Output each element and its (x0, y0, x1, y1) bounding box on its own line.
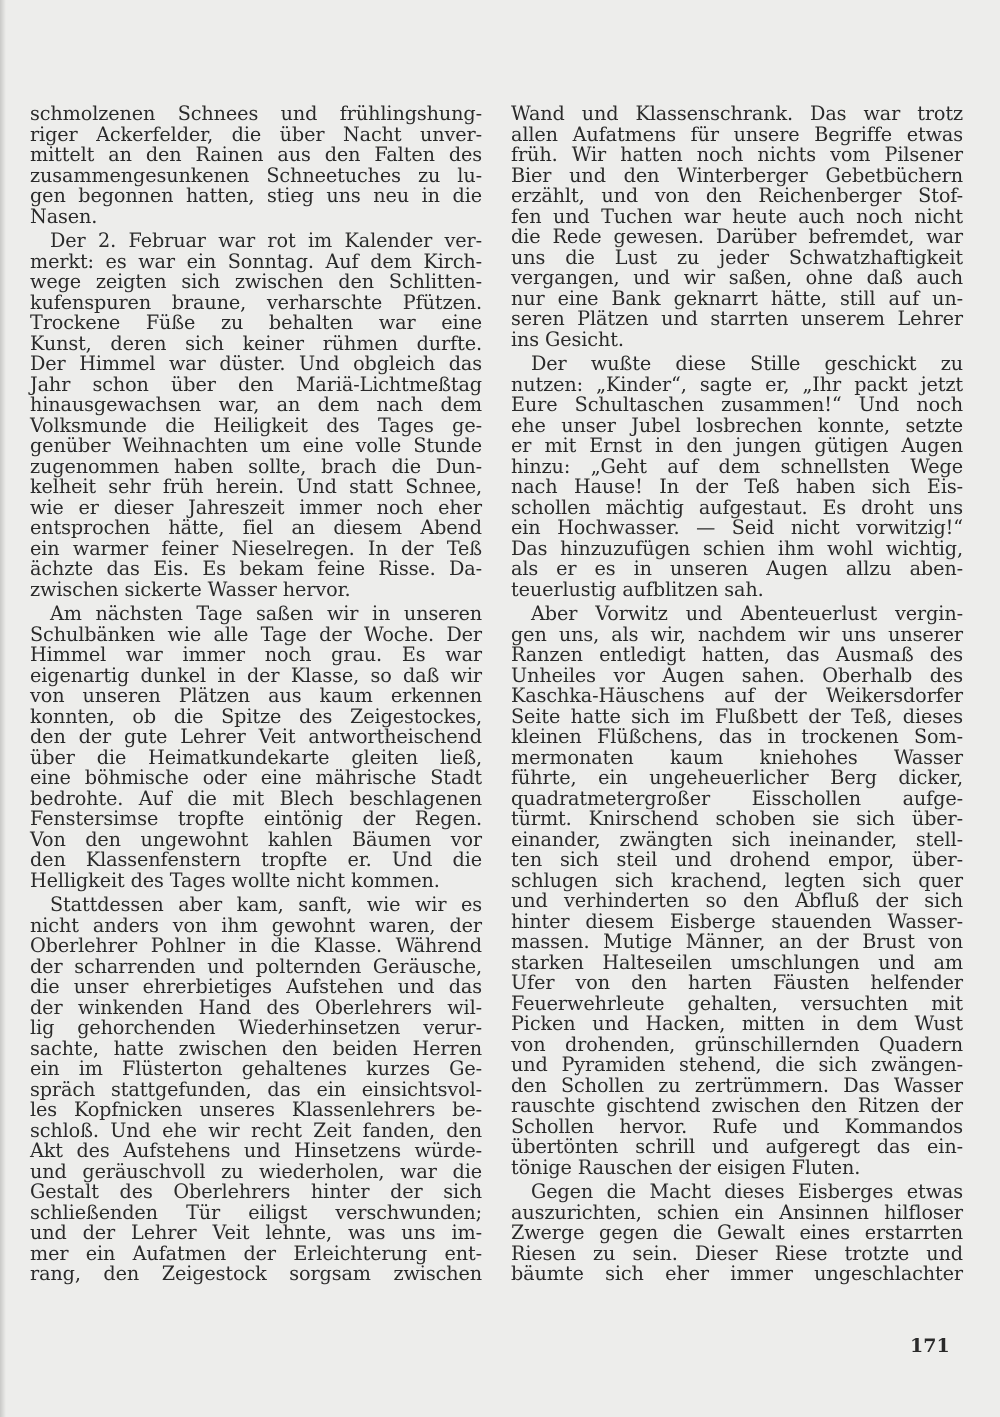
right-text-column: Wand und Klassenschrank. Das war trotzal… (511, 104, 963, 1285)
text-line: riger Ackerfelder, die über Nacht unver- (30, 125, 482, 146)
text-line: mittelt an den Rainen aus den Falten des (30, 145, 482, 166)
text-line: schlugen sich krachend, legten sich quer (511, 871, 963, 892)
text-line: ehe unser Jubel losbrechen konnte, setzt… (511, 416, 963, 437)
text-line: quadratmetergroßer Eisschollen aufge- (511, 789, 963, 810)
text-line: ein warmer feiner Nieselregen. In der Te… (30, 539, 482, 560)
text-line: zwischen sickerte Wasser hervor. (30, 580, 482, 601)
text-line: und verhinderten so den Abfluß der sich (511, 891, 963, 912)
text-line: bäumte sich eher immer ungeschlachter (511, 1264, 963, 1285)
page-binding-edge (0, 0, 6, 1417)
text-line: fen und Tuchen war heute auch noch nicht (511, 207, 963, 228)
paragraph: Der 2. Februar war rot im Kalender ver-m… (30, 231, 482, 600)
text-line: von drohenden, grünschillernden Quadern (511, 1035, 963, 1056)
text-line: mer ein Aufatmen der Erleichterung ent- (30, 1244, 482, 1265)
text-line: der winkenden Hand des Oberlehrers wil- (30, 998, 482, 1019)
text-line: auszurichten, schien ein Ansinnen hilflo… (511, 1203, 963, 1224)
text-line: von unseren Plätzen aus kaum erkennen (30, 686, 482, 707)
text-line: nach Hause! In der Teß haben sich Eis- (511, 477, 963, 498)
text-line: Himmel war immer noch grau. Es war (30, 645, 482, 666)
text-line: hinausgewachsen war, an dem nach dem (30, 395, 482, 416)
text-line: Stattdessen aber kam, sanft, wie wir es (30, 895, 482, 916)
text-line: schloß. Und ehe wir recht Zeit fanden, d… (30, 1121, 482, 1142)
text-line: erzählt, und von den Reichenberger Stof- (511, 186, 963, 207)
text-line: türmt. Knirschend schoben sie sich über- (511, 809, 963, 830)
text-line: wege zeigten sich zwischen den Schlitten… (30, 272, 482, 293)
text-line: Trockene Füße zu behalten war eine (30, 313, 482, 334)
text-line: Fenstersimse tropfte eintönig der Regen. (30, 809, 482, 830)
text-line: Riesen zu sein. Dieser Riese trotzte und (511, 1244, 963, 1265)
text-line: und der Lehrer Veit lehnte, was uns im- (30, 1223, 482, 1244)
text-line: Wand und Klassenschrank. Das war trotz (511, 104, 963, 125)
text-line: zusammengesunkenen Schneetuches zu lu- (30, 166, 482, 187)
text-line: die unser ehrerbietiges Aufstehen und da… (30, 977, 482, 998)
text-line: er mit Ernst in den jungen gütigen Augen (511, 436, 963, 457)
text-line: tönige Rauschen der eisigen Fluten. (511, 1158, 963, 1179)
text-line: Schollen hervor. Rufe und Kommandos (511, 1117, 963, 1138)
text-line: kleinen Flüßchens, das in trockenen Som- (511, 727, 963, 748)
text-line: den Schollen zu zertrümmern. Das Wasser (511, 1076, 963, 1097)
text-line: Picken und Hacken, mitten in dem Wust (511, 1014, 963, 1035)
text-line: Das hinzuzufügen schien ihm wohl wichtig… (511, 539, 963, 560)
text-line: eigenartig dunkel in der Klasse, so daß … (30, 666, 482, 687)
text-line: Helligkeit des Tages wollte nicht kommen… (30, 871, 482, 892)
text-line: vergangen, und wir saßen, ohne daß auch (511, 268, 963, 289)
text-line: übertönten schrill und aufgeregt das ein… (511, 1137, 963, 1158)
paragraph: schmolzenen Schnees und frühlingshung-ri… (30, 104, 482, 227)
text-line: bedrohte. Auf die mit Blech beschlagenen (30, 789, 482, 810)
text-line: ein im Flüsterton gehaltenes kurzes Ge- (30, 1059, 482, 1080)
text-line: schollen mächtig aufgestaut. Es droht un… (511, 498, 963, 519)
paragraph: Wand und Klassenschrank. Das war trotzal… (511, 104, 963, 350)
text-line: Ranzen entledigt hatten, das Ausmaß des (511, 645, 963, 666)
text-line: nicht anders von ihm gewohnt waren, der (30, 916, 482, 937)
text-line: konnten, ob die Spitze des Zeigestockes, (30, 707, 482, 728)
text-line: Der Himmel war düster. Und obgleich das (30, 354, 482, 375)
text-line: kelheit sehr früh herein. Und statt Schn… (30, 477, 482, 498)
text-line: merkt: es war ein Sonntag. Auf dem Kirch… (30, 252, 482, 273)
paragraph: Stattdessen aber kam, sanft, wie wir esn… (30, 895, 482, 1285)
text-line: nutzen: „Kinder“, sagte er, „Ihr packt j… (511, 375, 963, 396)
text-line: hinzu: „Geht auf dem schnellsten Wege (511, 457, 963, 478)
text-line: sachte, hatte zwischen den beiden Herren (30, 1039, 482, 1060)
text-line: Seite hatte sich im Flußbett der Teß, di… (511, 707, 963, 728)
text-line: und geräuschvoll zu wiederholen, war die (30, 1162, 482, 1183)
text-line: Kunst, deren sich keiner rühmen durfte. (30, 334, 482, 355)
text-line: Am nächsten Tage saßen wir in unseren (30, 604, 482, 625)
paragraph: Der wußte diese Stille geschickt zunutze… (511, 354, 963, 600)
text-line: wie er dieser Jahreszeit immer noch eher (30, 498, 482, 519)
text-line: massen. Mutige Männer, an der Brust von (511, 932, 963, 953)
text-line: Zwerge gegen die Gewalt eines erstarrten (511, 1223, 963, 1244)
text-line: zugenommen haben sollte, brach die Dun- (30, 457, 482, 478)
text-line: schmolzenen Schnees und frühlingshung- (30, 104, 482, 125)
text-line: ein Hochwasser. — Seid nicht vorwitzig!“ (511, 518, 963, 539)
text-line: nur eine Bank geknarrt hätte, still auf … (511, 289, 963, 310)
text-line: Der wußte diese Stille geschickt zu (511, 354, 963, 375)
text-line: Kaschka-Häuschens auf der Weikersdorfer (511, 686, 963, 707)
text-line: Feuerwehrleute gehalten, versuchten mit (511, 994, 963, 1015)
text-line: Der 2. Februar war rot im Kalender ver- (30, 231, 482, 252)
text-line: Nasen. (30, 207, 482, 228)
text-line: entsprochen hätte, fiel an diesem Abend (30, 518, 482, 539)
text-line: über die Heimatkundekarte gleiten ließ, (30, 748, 482, 769)
text-line: Gegen die Macht dieses Eisberges etwas (511, 1182, 963, 1203)
left-text-column: schmolzenen Schnees und frühlingshung-ri… (30, 104, 482, 1285)
text-line: der scharrenden und polternden Geräusche… (30, 957, 482, 978)
text-line: ins Gesicht. (511, 330, 963, 351)
paragraph: Am nächsten Tage saßen wir in unserenSch… (30, 604, 482, 891)
text-line: eine böhmische oder eine mährische Stadt (30, 768, 482, 789)
text-line: führte, ein ungeheuerlicher Berg dicker, (511, 768, 963, 789)
text-line: die Rede gewesen. Darüber befremdet, war (511, 227, 963, 248)
text-line: allen Aufatmens für unsere Begriffe etwa… (511, 125, 963, 146)
text-line: seren Plätzen und starrten unserem Lehre… (511, 309, 963, 330)
text-line: gen begonnen hatten, stieg uns neu in di… (30, 186, 482, 207)
text-line: einander, zwängten sich ineinander, stel… (511, 830, 963, 851)
text-line: ächzte das Eis. Es bekam feine Risse. Da… (30, 559, 482, 580)
text-line: Schulbänken wie alle Tage der Woche. Der (30, 625, 482, 646)
text-line: Bier und den Winterberger Gebetbüchern (511, 166, 963, 187)
text-line: gen uns, als wir, nachdem wir uns unsere… (511, 625, 963, 646)
text-line: den der gute Lehrer Veit antwortheischen… (30, 727, 482, 748)
text-line: als er es in unseren Augen allzu aben- (511, 559, 963, 580)
paragraph: Gegen die Macht dieses Eisberges etwasau… (511, 1182, 963, 1285)
text-line: Jahr schon über den Mariä-Lichtmeßtag (30, 375, 482, 396)
text-line: ten sich steil und drohend empor, über- (511, 850, 963, 871)
text-line: und Pyramiden stehend, die sich zwängen- (511, 1055, 963, 1076)
text-line: Ufer von den harten Fäusten helfender (511, 973, 963, 994)
paragraph: Aber Vorwitz und Abenteuerlust vergin-ge… (511, 604, 963, 1178)
text-line: Gestalt des Oberlehrers hinter der sich (30, 1182, 482, 1203)
text-line: Eure Schultaschen zusammen!“ Und noch (511, 395, 963, 416)
text-line: rauschte gischtend zwischen den Ritzen d… (511, 1096, 963, 1117)
text-line: les Kopfnicken unseres Klassenlehrers be… (30, 1100, 482, 1121)
text-line: spräch stattgefunden, das ein einsichtsv… (30, 1080, 482, 1101)
text-line: Akt des Aufstehens und Hinsetzens würde- (30, 1141, 482, 1162)
text-line: uns die Lust zu jeder Schwatzhaftigkeit (511, 248, 963, 269)
text-line: teuerlustig aufblitzen sah. (511, 580, 963, 601)
text-line: mermonaten kaum kniehohes Wasser (511, 748, 963, 769)
text-line: Von den ungewohnt kahlen Bäumen vor (30, 830, 482, 851)
text-line: rang, den Zeigestock sorgsam zwischen (30, 1264, 482, 1285)
text-line: Unheiles vor Augen sahen. Oberhalb des (511, 666, 963, 687)
text-line: den Klassenfenstern tropfte er. Und die (30, 850, 482, 871)
text-line: starken Halteseilen umschlungen und am (511, 953, 963, 974)
text-line: genüber Weihnachten um eine volle Stunde (30, 436, 482, 457)
text-line: schließenden Tür eiligst verschwunden; (30, 1203, 482, 1224)
text-line: Oberlehrer Pohlner in die Klasse. Währen… (30, 936, 482, 957)
page-number: 171 (910, 1335, 950, 1357)
text-line: Volksmunde die Heiligkeit des Tages ge- (30, 416, 482, 437)
text-line: Aber Vorwitz und Abenteuerlust vergin- (511, 604, 963, 625)
text-line: kufenspuren braune, verharschte Pfützen. (30, 293, 482, 314)
text-line: früh. Wir hatten noch nichts vom Pilsene… (511, 145, 963, 166)
text-line: lig gehorchenden Wiederhinsetzen verur- (30, 1018, 482, 1039)
text-line: hinter diesem Eisberge stauenden Wasser- (511, 912, 963, 933)
